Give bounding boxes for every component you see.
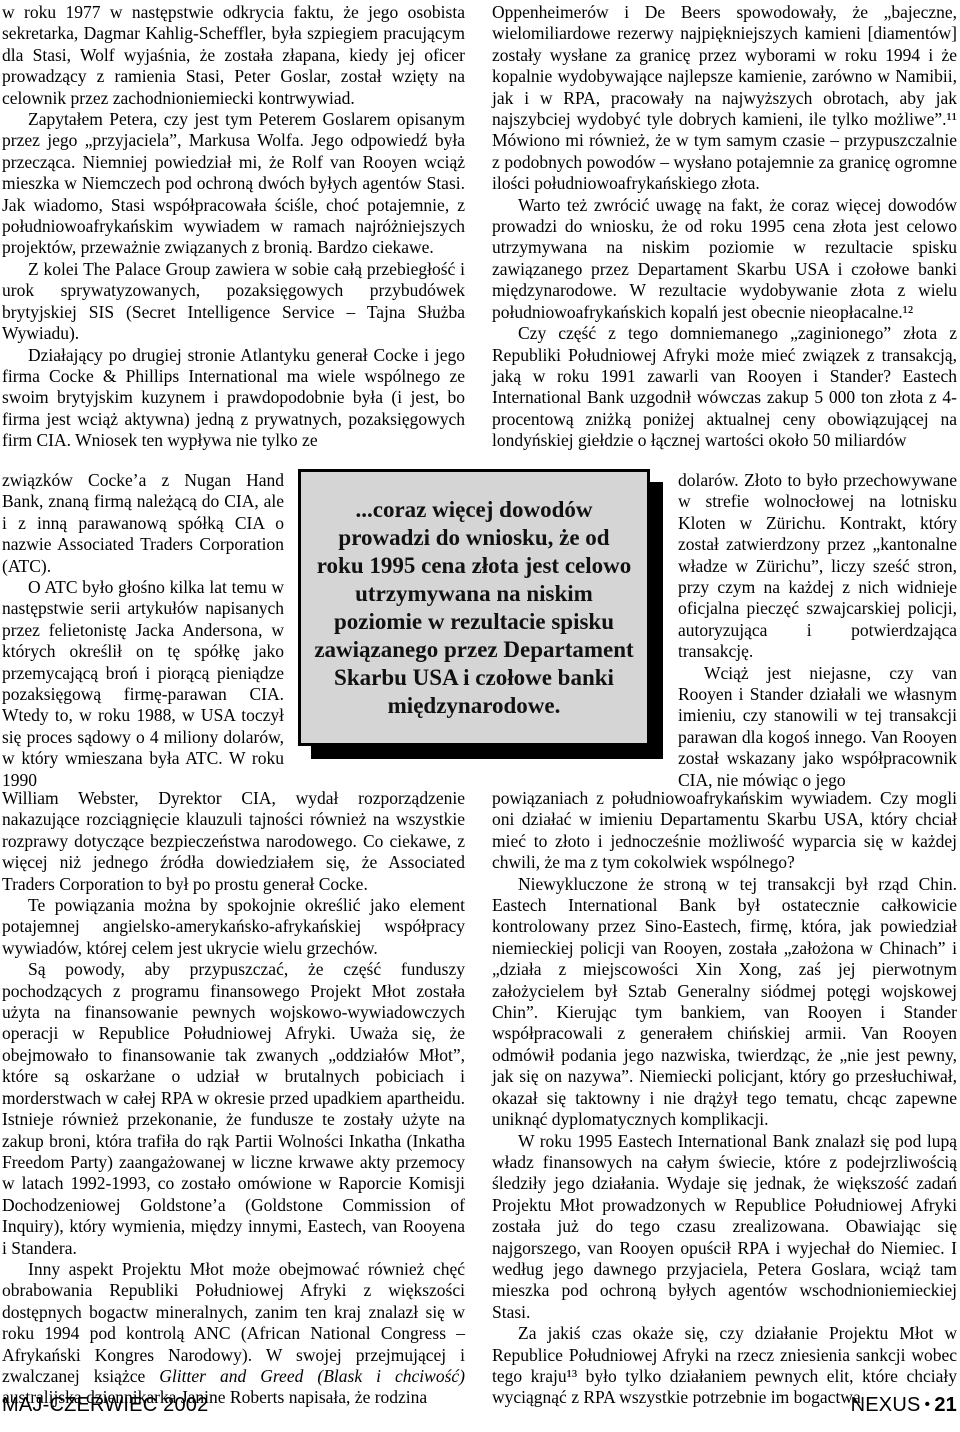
paragraph: Te powiązania można by spokojnie określi… xyxy=(2,895,465,959)
paragraph: W roku 1995 Eastech International Bank z… xyxy=(492,1131,957,1324)
pull-quote-text: ...coraz więcej dowodów prowadzi do wnio… xyxy=(313,496,635,720)
footer-page-number: 21 xyxy=(934,1394,957,1416)
paragraph: związków Cocke’a z Nugan Hand Bank, znan… xyxy=(2,470,284,577)
article-column-left-bottom: William Webster, Dyrektor CIA, wydał roz… xyxy=(2,788,465,1409)
paragraph: William Webster, Dyrektor CIA, wydał roz… xyxy=(2,788,465,895)
paragraph: Wciąż jest niejasne, czy van Rooyen i St… xyxy=(678,663,957,791)
footer-magazine-name: NEXUS xyxy=(851,1394,921,1416)
paragraph: O ATC było głośno kilka lat temu w nastę… xyxy=(2,577,284,791)
paragraph: Niewykluczone że stroną w tej transakcji… xyxy=(492,874,957,1131)
paragraph: dolarów. Złoto to było przechowywane w s… xyxy=(678,470,957,663)
paragraph: Czy część z tego domniemanego „zaginione… xyxy=(492,323,957,451)
article-column-right-narrow: dolarów. Złoto to było przechowywane w s… xyxy=(678,470,957,791)
paragraph: Inny aspekt Projektu Młot może obejmować… xyxy=(2,1259,465,1409)
paragraph: Zapytałem Petera, czy jest tym Peterem G… xyxy=(2,109,465,259)
article-column-left-narrow: związków Cocke’a z Nugan Hand Bank, znan… xyxy=(2,470,284,791)
article-column-left-top: w roku 1977 w następstwie odkrycia faktu… xyxy=(2,2,465,452)
pull-quote-box: ...coraz więcej dowodów prowadzi do wnio… xyxy=(298,469,650,746)
paragraph: Z kolei The Palace Group zawiera w sobie… xyxy=(2,259,465,345)
paragraph: Warto też zwrócić uwagę na fakt, że cora… xyxy=(492,195,957,323)
article-column-right-top: Oppenheimerów i De Beers spowodowały, że… xyxy=(492,2,957,452)
paragraph: Oppenheimerów i De Beers spowodowały, że… xyxy=(492,2,957,195)
magazine-page: w roku 1977 w następstwie odkrycia faktu… xyxy=(0,0,960,1432)
footer-issue-date: MAJ-CZERWIEC 2002 xyxy=(2,1394,208,1417)
paragraph: w roku 1977 w następstwie odkrycia faktu… xyxy=(2,2,465,109)
article-column-right-bottom: powiązaniach z południowoafrykańskim wyw… xyxy=(492,788,957,1409)
paragraph: Są powody, aby przypuszczać, że część fu… xyxy=(2,959,465,1259)
paragraph: Działający po drugiej stronie Atlantyku … xyxy=(2,345,465,452)
footer-page-info: NEXUS•21 xyxy=(851,1394,957,1417)
book-title-italic: Glitter and Greed (Blask i chciwość) xyxy=(159,1366,465,1386)
bullet-separator: • xyxy=(921,1396,935,1413)
paragraph: powiązaniach z południowoafrykańskim wyw… xyxy=(492,788,957,874)
